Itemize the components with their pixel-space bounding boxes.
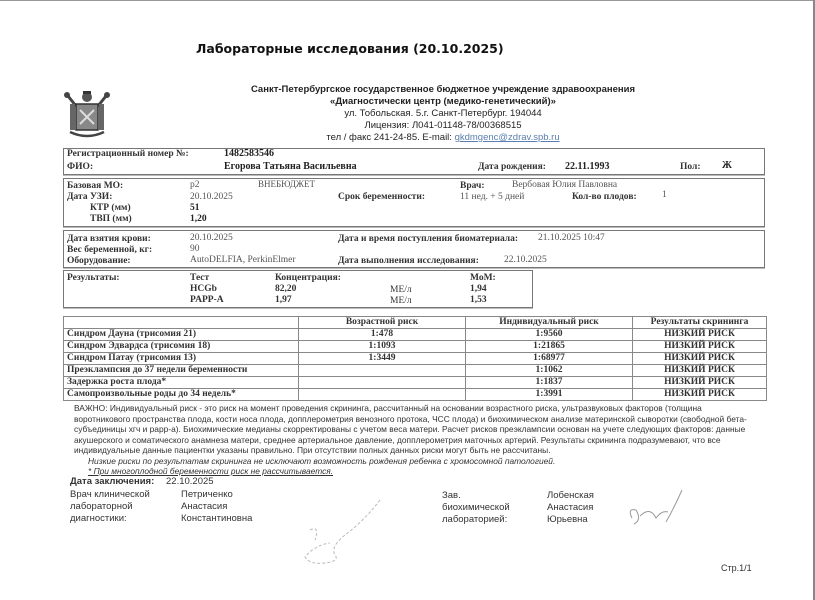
age-risk: 1:1093 [299, 341, 466, 353]
doctor1-name: Петриченко Анастасия Константиновна [181, 489, 252, 525]
weight-value: 90 [190, 244, 200, 254]
reg-number-value: 1482583546 [224, 148, 274, 159]
table-row: Самопроизвольные роды до 34 недель* 1:39… [64, 389, 767, 401]
table-row: Задержка роста плода* 1:1837 НИЗКИЙ РИСК [64, 377, 767, 389]
age-risk [299, 389, 466, 401]
fio-label: ФИО: [67, 162, 93, 172]
org-contacts: тел / факс 241-24-85. E-mail: [326, 132, 454, 143]
doctor-value: Вербовая Юлия Павловна [512, 180, 617, 190]
risk-name: Синдром Патау (трисомия 13) [64, 353, 299, 365]
arrival-value: 21.10.2025 10:47 [538, 233, 605, 243]
individual-risk: 1:21865 [466, 341, 633, 353]
signature-1 [285, 495, 395, 570]
page-title: Лабораторные исследования (20.10.2025) [196, 41, 504, 56]
individual-risk: 1:68977 [466, 353, 633, 365]
equipment-label: Оборудование: [67, 256, 131, 266]
us-date-label: Дата УЗИ: [67, 192, 112, 202]
screening-result: НИЗКИЙ РИСК [633, 377, 767, 389]
fetus-count-label: Кол-во плодов: [572, 192, 637, 202]
coat-of-arms-icon [62, 90, 112, 140]
individual-risk: 1:9560 [466, 329, 633, 341]
org-name: Санкт-Петербургское государственное бюдж… [248, 84, 638, 96]
risk-name: Преэклампсия до 37 недели беременности [64, 365, 299, 377]
ktr-value: 51 [190, 203, 200, 213]
arrival-label: Дата и время поступления биоматериала: [338, 234, 518, 244]
doctor1-name-line: Анастасия [181, 501, 252, 513]
result-test: HCGb [190, 284, 217, 294]
result-mom: 1,53 [470, 295, 487, 305]
age-risk [299, 377, 466, 389]
risk-col-age: Возрастной риск [299, 317, 466, 329]
results-header-conc: Концентрация: [275, 273, 341, 283]
multiple-pregnancy-note: * При многоплодной беременности риск не … [88, 466, 333, 476]
table-row: Синдром Патау (трисомия 13) 1:3449 1:689… [64, 353, 767, 365]
sex-label: Пол: [680, 162, 701, 172]
term-label: Срок беременности: [338, 192, 425, 202]
org-license: Лицензия: Л041-01148-78/00368515 [248, 120, 638, 132]
dob-value: 22.11.1993 [565, 161, 609, 172]
doctor2-name-line: Анастасия [547, 502, 594, 514]
mo-value: р2 [190, 180, 200, 190]
doctor2-name-line: Лобенская [547, 490, 594, 502]
result-conc: 82,20 [275, 284, 296, 294]
doctor1-role-line: диагностики: [70, 513, 150, 525]
notes: ВАЖНО: Индивидуальный риск - это риск на… [74, 403, 754, 477]
individual-risk: 1:1837 [466, 377, 633, 389]
org-email-link[interactable]: gkdmgenc@zdrav.spb.ru [455, 132, 560, 143]
result-conc: 1,97 [275, 295, 292, 305]
risk-name: Синдром Дауна (трисомия 21) [64, 329, 299, 341]
low-risk-note: Низкие риски по результатам скрининга не… [74, 456, 754, 467]
result-mom: 1,94 [470, 284, 487, 294]
doctor1-name-line: Константиновна [181, 513, 252, 525]
screening-result: НИЗКИЙ РИСК [633, 341, 767, 353]
org-address: ул. Тобольская. 5.г. Санкт-Петербург. 19… [248, 108, 638, 120]
age-risk: 1:3449 [299, 353, 466, 365]
doctor2-role-line: лабораторией: [442, 514, 510, 526]
term-value: 11 нед. + 5 дней [460, 192, 524, 202]
doctor2-name: Лобенская Анастасия Юрьевна [547, 490, 594, 526]
org-subtitle: «Диагностически центр (медико-генетическ… [248, 96, 638, 108]
risk-col-result: Результаты скрининга [633, 317, 767, 329]
doctor1-role: Врач клинической лабораторной диагностик… [70, 489, 150, 525]
screening-result: НИЗКИЙ РИСК [633, 353, 767, 365]
doctor2-role-line: Зав. [442, 490, 510, 502]
risk-table-header: Возрастной риск Индивидуальный риск Резу… [64, 317, 767, 329]
conclusion-date-value: 22.10.2025 [166, 476, 214, 488]
risk-col-individual: Индивидуальный риск [466, 317, 633, 329]
funding-value: ВНЕБЮДЖЕТ [258, 179, 315, 189]
individual-risk: 1:1062 [466, 365, 633, 377]
screening-result: НИЗКИЙ РИСК [633, 365, 767, 377]
doctor2-name-line: Юрьевна [547, 514, 594, 526]
table-row: Преэклампсия до 37 недели беременности 1… [64, 365, 767, 377]
table-row: Синдром Эдвардса (трисомия 18) 1:1093 1:… [64, 341, 767, 353]
doctor1-name-line: Петриченко [181, 489, 252, 501]
results-header-mom: МоМ: [470, 273, 496, 283]
organization-header: Санкт-Петербургское государственное бюдж… [248, 84, 638, 144]
doctor1-role-line: Врач клинической [70, 489, 150, 501]
important-note: ВАЖНО: Индивидуальный риск - это риск на… [74, 403, 754, 456]
doctor1-role-line: лабораторной [70, 501, 150, 513]
age-risk [299, 365, 466, 377]
reg-number-label: Регистрационный номер №: [67, 149, 189, 159]
result-unit: МЕ/л [390, 285, 412, 295]
dob-label: Дата рождения: [478, 162, 546, 172]
fetus-count-value: 1 [662, 190, 667, 200]
fio-value: Егорова Татьяна Васильевна [224, 161, 357, 172]
page-border-top [0, 0, 815, 1]
screening-result: НИЗКИЙ РИСК [633, 389, 767, 401]
signature-2 [622, 488, 687, 530]
doctor-label: Врач: [460, 181, 485, 191]
table-row: Синдром Дауна (трисомия 21) 1:478 1:9560… [64, 329, 767, 341]
tvp-label: ТВП (мм) [90, 214, 132, 224]
tvp-value: 1,20 [190, 214, 207, 224]
blood-date-value: 20.10.2025 [190, 233, 233, 243]
doctor2-role-line: биохимической [442, 502, 510, 514]
result-test: PAPP-A [190, 295, 224, 305]
risk-name: Самопроизвольные роды до 34 недель* [64, 389, 299, 401]
page-number: Стр.1/1 [721, 562, 752, 574]
result-unit: МЕ/л [390, 296, 412, 306]
results-label: Результаты: [67, 273, 120, 283]
individual-risk: 1:3991 [466, 389, 633, 401]
risk-name: Синдром Эдвардса (трисомия 18) [64, 341, 299, 353]
exam-box [63, 178, 765, 227]
risk-table: Возрастной риск Индивидуальный риск Резу… [63, 316, 767, 401]
done-date-label: Дата выполнения исследования: [338, 256, 479, 266]
risk-name: Задержка роста плода* [64, 377, 299, 389]
weight-label: Вес беременной, кг: [67, 245, 152, 255]
risk-col-name [64, 317, 299, 329]
sex-value: Ж [722, 160, 732, 171]
us-date-value: 20.10.2025 [190, 192, 233, 202]
blood-date-label: Дата взятия крови: [67, 234, 151, 244]
conclusion-date-label: Дата заключения: [70, 476, 154, 488]
doctor2-role: Зав. биохимической лабораторией: [442, 490, 510, 526]
equipment-value: AutoDELFIA, PerkinElmer [190, 255, 296, 265]
mo-label: Базовая МО: [67, 181, 123, 191]
ktr-label: КТР (мм) [90, 203, 131, 213]
results-header-test: Тест [190, 273, 209, 283]
screening-result: НИЗКИЙ РИСК [633, 329, 767, 341]
age-risk: 1:478 [299, 329, 466, 341]
done-date-value: 22.10.2025 [504, 255, 547, 265]
